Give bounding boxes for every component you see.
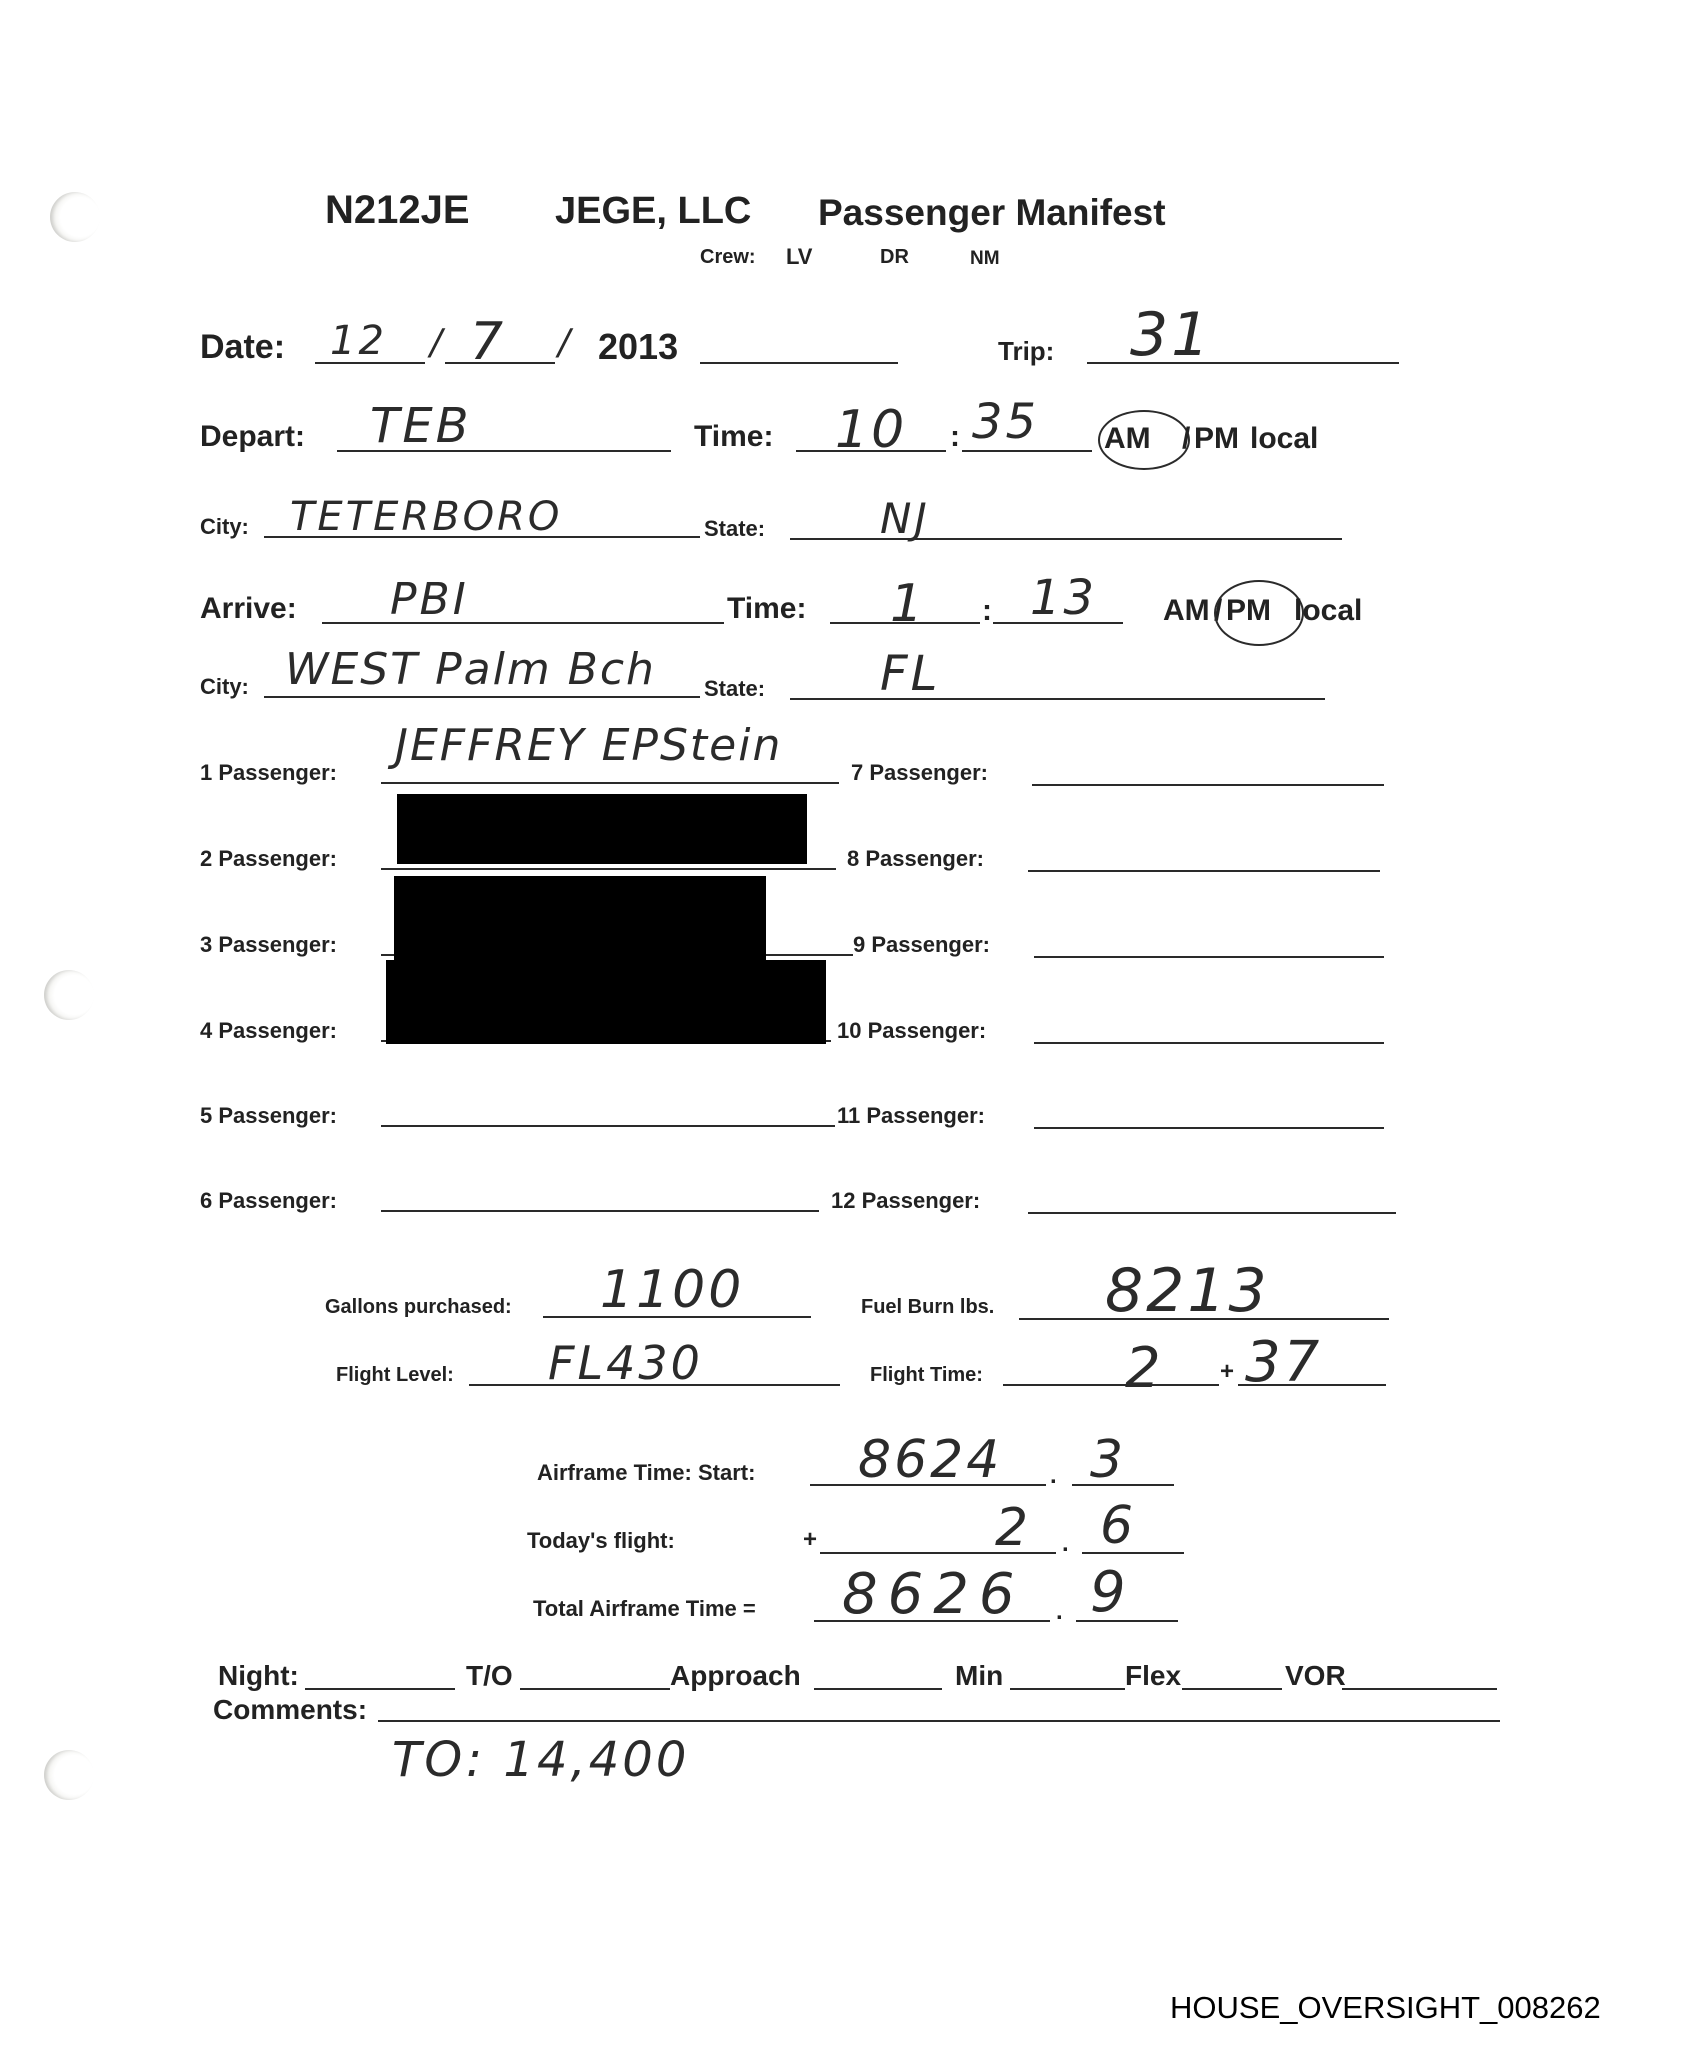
depart-local-label: local [1250,422,1318,456]
gallons-value: 1100 [600,1260,744,1320]
airframe-start-tenth-value: 3 [1090,1430,1126,1490]
passenger-4-redaction [386,960,826,1044]
depart-am-circle [1098,410,1190,470]
form-title: Passenger Manifest [818,192,1166,234]
comments-line [378,1720,1500,1722]
comments-value: TO: 14,400 [392,1732,689,1788]
depart-state-label: State: [704,516,765,542]
crew-member-1: LV [786,244,812,270]
passenger-11-label: 11 Passenger: [837,1103,985,1129]
hole-punch-middle [44,970,94,1020]
arrive-minute-value: 13 [1030,570,1097,626]
arrive-time-colon: : [982,594,992,628]
passenger-10-label: 10 Passenger: [837,1018,986,1044]
fuel-burn-label: Fuel Burn lbs. [861,1296,994,1319]
airframe-start-label: Airframe Time: Start: [537,1460,755,1486]
crew-member-2: DR [880,246,909,269]
depart-airport-value: TEB [370,398,472,454]
todays-flight-whole-value: 2 [995,1498,1031,1558]
hole-punch-top [50,192,100,242]
depart-label: Depart: [200,420,305,454]
passenger-8-line [1028,870,1380,872]
passenger-2-redaction [397,794,807,864]
night-line [305,1688,455,1690]
passenger-4-label: 4 Passenger: [200,1018,337,1044]
passenger-3-label: 3 Passenger: [200,932,337,958]
gallons-label: Gallons purchased: [325,1296,512,1319]
comments-label: Comments: [213,1694,367,1726]
crew-member-3: NM [970,248,1000,270]
date-sep-2: / [558,322,573,363]
arrive-pm-circle [1214,580,1304,646]
todays-flight-tenth-value: 6 [1100,1496,1136,1556]
depart-city-value: TETERBORO [290,494,562,540]
flight-time-label: Flight Time: [870,1364,983,1387]
passenger-5-line [381,1125,835,1127]
passenger-7-line [1032,784,1384,786]
depart-minute-line [962,450,1092,452]
depart-state-line [790,538,1342,540]
date-month-value: 12 [330,318,387,364]
todays-flight-plus: + [803,1526,817,1554]
min-line [1010,1688,1125,1690]
flight-time-hours-line [1003,1384,1219,1386]
date-year: 2013 [598,326,678,368]
arrive-state-line [790,698,1325,700]
flight-level-label: Flight Level: [336,1364,454,1387]
bates-number: HOUSE_OVERSIGHT_008262 [1170,1990,1601,2026]
arrive-city-value: WEST Palm Bch [285,644,656,695]
arrive-airport-line [322,622,724,624]
depart-time-colon: : [950,420,960,454]
flight-time-plus: + [1220,1358,1234,1386]
company-name: JEGE, LLC [555,190,751,233]
date-sep-1: / [430,322,445,363]
total-airframe-whole-value: 8626 [842,1562,1025,1627]
approach-line [814,1688,942,1690]
passenger-5-label: 5 Passenger: [200,1103,337,1129]
passenger-1-line [381,782,839,784]
arrive-state-label: State: [704,676,765,702]
depart-hour-value: 10 [835,400,907,460]
night-label: Night: [218,1660,299,1692]
passenger-11-line [1034,1127,1384,1129]
flex-line [1182,1688,1282,1690]
hole-punch-bottom [44,1750,94,1800]
depart-time-label: Time: [694,420,773,454]
passenger-10-line [1034,1042,1384,1044]
flight-level-value: FL430 [548,1336,703,1390]
date-day-value: 7 [470,312,506,372]
passenger-2-line [381,868,836,870]
passenger-8-label: 8 Passenger: [847,846,984,872]
passenger-6-label: 6 Passenger: [200,1188,337,1214]
passenger-2-label: 2 Passenger: [200,846,337,872]
arrive-city-label: City: [200,674,249,700]
depart-city-label: City: [200,514,249,540]
trip-value: 31 [1130,300,1212,370]
arrive-local-label: local [1294,594,1362,628]
flex-label: Flex [1125,1660,1181,1692]
passenger-12-line [1028,1212,1396,1214]
to-label: T/O [466,1660,513,1692]
passenger-6-line [381,1210,819,1212]
todays-flight-dot: . [1062,1530,1069,1558]
passenger-7-label: 7 Passenger: [851,760,988,786]
arrive-hour-value: 1 [890,574,926,634]
fuel-burn-value: 8213 [1105,1256,1270,1326]
passenger-1-label: 1 Passenger: [200,760,337,786]
arrive-time-label: Time: [727,592,806,626]
trip-label: Trip: [998,336,1054,367]
flight-time-minutes-value: 37 [1245,1330,1322,1395]
flight-time-hours-value: 2 [1125,1336,1164,1401]
airframe-start-dot: . [1050,1462,1057,1490]
date-label: Date: [200,328,285,367]
airframe-start-whole-value: 8624 [858,1430,1002,1490]
passenger-1-name: JEFFREY EPStein [395,720,782,771]
depart-slash: / [1182,422,1190,456]
vor-label: VOR [1285,1660,1346,1692]
passenger-9-line [1034,956,1384,958]
arrive-state-value: FL [880,646,940,702]
arrive-airport-value: PBI [390,574,469,625]
total-airframe-dot: . [1056,1598,1063,1626]
total-airframe-tenth-value: 9 [1090,1560,1129,1625]
passenger-9-label: 9 Passenger: [853,932,990,958]
depart-pm-option: PM [1194,422,1239,456]
total-airframe-label: Total Airframe Time = [533,1596,756,1622]
depart-state-value: NJ [880,494,930,543]
to-line [520,1688,670,1690]
date-year-line [700,362,898,364]
vor-line [1342,1688,1497,1690]
arrive-am-option: AM [1163,594,1210,628]
passenger-12-label: 12 Passenger: [831,1188,980,1214]
arrive-label: Arrive: [200,592,297,626]
approach-label: Approach [670,1660,801,1692]
min-label: Min [955,1660,1003,1692]
passenger-3-redaction [394,876,766,960]
arrive-city-line [264,696,700,698]
depart-minute-value: 35 [972,394,1039,450]
tail-number: N212JE [325,188,470,233]
crew-label: Crew: [700,246,756,269]
todays-flight-label: Today's flight: [527,1528,675,1554]
